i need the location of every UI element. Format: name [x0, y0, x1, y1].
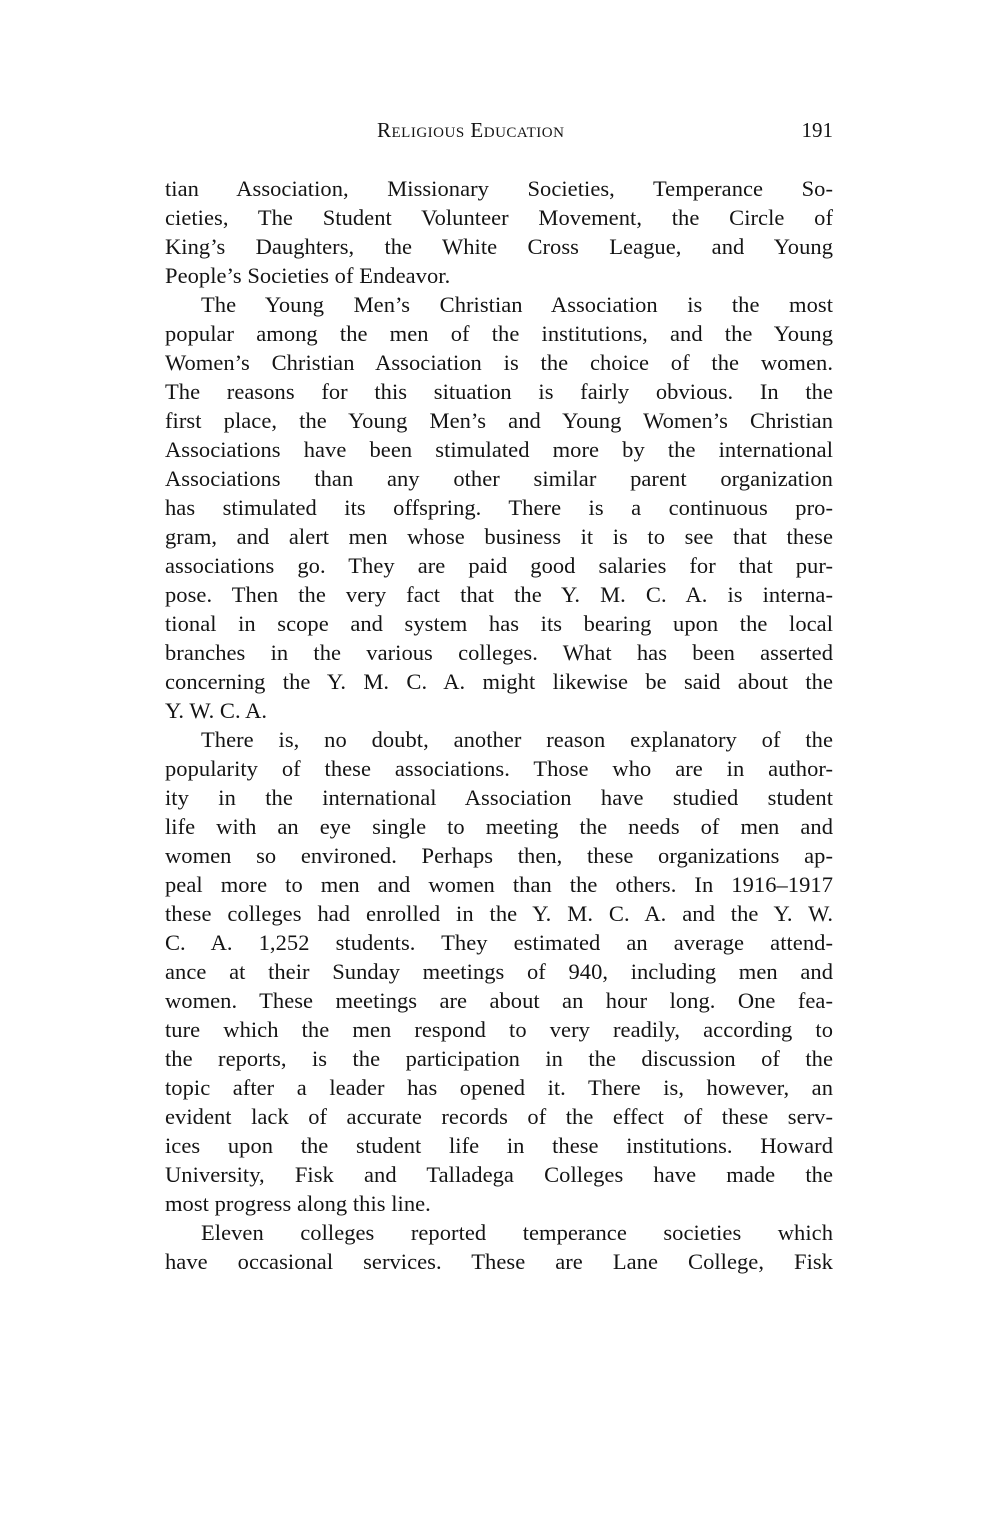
- running-title: Religious Education: [377, 118, 564, 143]
- text-line: Eleven colleges reported temperance soci…: [165, 1218, 833, 1247]
- running-head: Religious Education 191: [165, 118, 833, 148]
- text-line: ices upon the student life in these inst…: [165, 1131, 833, 1160]
- text-line: popular among the men of the institution…: [165, 319, 833, 348]
- text-line: tional in scope and system has its beari…: [165, 609, 833, 638]
- text-line: The Young Men’s Christian Association is…: [165, 290, 833, 319]
- text-line: life with an eye single to meeting the n…: [165, 812, 833, 841]
- text-line: associations go. They are paid good sala…: [165, 551, 833, 580]
- text-line: concerning the Y. M. C. A. might likewis…: [165, 667, 833, 696]
- text-line: gram, and alert men whose business it is…: [165, 522, 833, 551]
- text-line: There is, no doubt, another reason expla…: [165, 725, 833, 754]
- text-line: most progress along this line.: [165, 1189, 833, 1218]
- text-line: Associations than any other similar pare…: [165, 464, 833, 493]
- text-line: King’s Daughters, the White Cross League…: [165, 232, 833, 261]
- text-line: evident lack of accurate records of the …: [165, 1102, 833, 1131]
- text-line: first place, the Young Men’s and Young W…: [165, 406, 833, 435]
- text-line: branches in the various colleges. What h…: [165, 638, 833, 667]
- text-line: peal more to men and women than the othe…: [165, 870, 833, 899]
- text-line: University, Fisk and Talladega Colleges …: [165, 1160, 833, 1189]
- body-text: tian Association, Missionary Societies, …: [165, 174, 833, 1276]
- text-line: the reports, is the participation in the…: [165, 1044, 833, 1073]
- page-number: 191: [802, 118, 834, 143]
- text-line: cieties, The Student Volunteer Movement,…: [165, 203, 833, 232]
- text-line: ture which the men respond to very readi…: [165, 1015, 833, 1044]
- book-page: Religious Education 191 tian Association…: [165, 118, 833, 1276]
- text-line: Y. W. C. A.: [165, 696, 833, 725]
- text-line: ity in the international Association hav…: [165, 783, 833, 812]
- text-line: these colleges had enrolled in the Y. M.…: [165, 899, 833, 928]
- text-line: Associations have been stimulated more b…: [165, 435, 833, 464]
- text-line: ance at their Sunday meetings of 940, in…: [165, 957, 833, 986]
- text-line: women. These meetings are about an hour …: [165, 986, 833, 1015]
- text-line: People’s Societies of Endeavor.: [165, 261, 833, 290]
- text-line: women so environed. Perhaps then, these …: [165, 841, 833, 870]
- text-line: Women’s Christian Association is the cho…: [165, 348, 833, 377]
- text-line: popularity of these associations. Those …: [165, 754, 833, 783]
- text-line: tian Association, Missionary Societies, …: [165, 174, 833, 203]
- text-line: The reasons for this situation is fairly…: [165, 377, 833, 406]
- text-line: topic after a leader has opened it. Ther…: [165, 1073, 833, 1102]
- text-line: has stimulated its offspring. There is a…: [165, 493, 833, 522]
- text-line: pose. Then the very fact that the Y. M. …: [165, 580, 833, 609]
- text-line: C. A. 1,252 students. They estimated an …: [165, 928, 833, 957]
- text-line: have occasional services. These are Lane…: [165, 1247, 833, 1276]
